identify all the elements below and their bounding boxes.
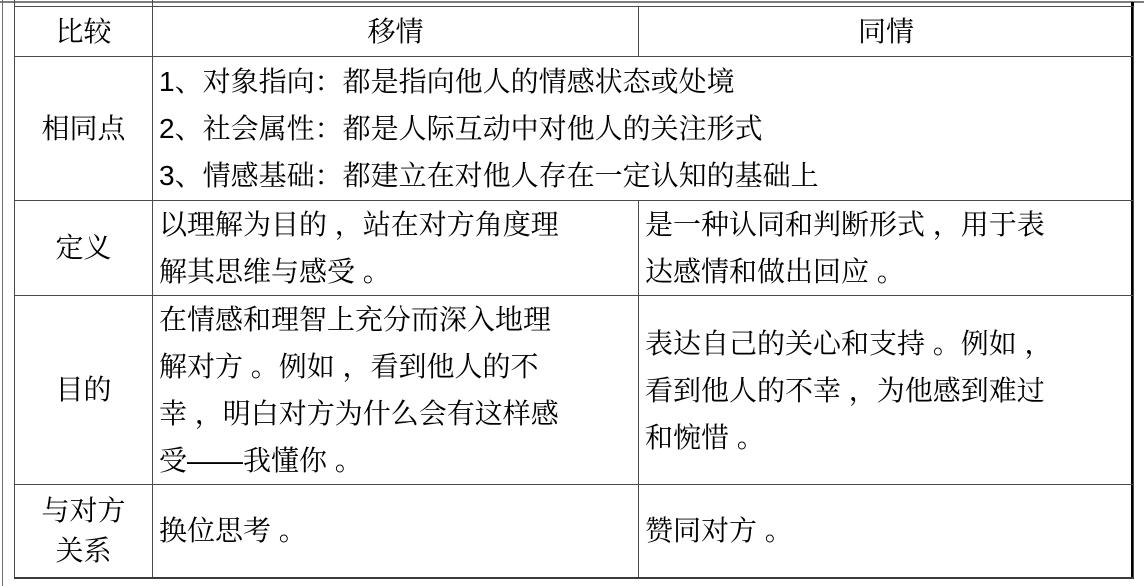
row-label-similarities: 相同点 <box>15 57 153 201</box>
cell-empathy-purpose: 在情感和理智上充分而深入地理 解对方 。例如 ，看到他人的不 幸 ，明白对方为什… <box>153 296 639 485</box>
page-left-border-line <box>2 0 3 586</box>
header-cell-compare: 比较 <box>15 7 153 57</box>
row-label-definition: 定义 <box>15 201 153 296</box>
header-cell-empathy: 移情 <box>153 7 639 57</box>
page-top-border-line <box>0 1 1144 3</box>
cell-empathy-definition: 以理解为目的 ，站在对方角度理 解其思维与感受 。 <box>153 201 639 296</box>
header-row: 比较 移情 同情 <box>15 7 1134 57</box>
row-purpose: 目的 在情感和理智上充分而深入地理 解对方 。例如 ，看到他人的不 幸 ，明白对… <box>15 296 1134 485</box>
cell-sympathy-relation: 赞同对方 。 <box>639 485 1134 578</box>
comparison-table-container: 比较 移情 同情 相同点 1、对象指向：都是指向他人的情感状态或处境 2、社会属… <box>14 6 1134 579</box>
document-page: 比较 移情 同情 相同点 1、对象指向：都是指向他人的情感状态或处境 2、社会属… <box>0 0 1144 586</box>
cell-sympathy-purpose: 表达自己的关心和支持 。例如 ， 看到他人的不幸 ，为他感到难过 和惋惜 。 <box>639 296 1134 485</box>
cell-empathy-relation: 换位思考 。 <box>153 485 639 578</box>
row-definition: 定义 以理解为目的 ，站在对方角度理 解其思维与感受 。 是一种认同和判断形式 … <box>15 201 1134 296</box>
row-label-purpose: 目的 <box>15 296 153 485</box>
cell-sympathy-definition: 是一种认同和判断形式 ，用于表 达感情和做出回应 。 <box>639 201 1134 296</box>
header-cell-sympathy: 同情 <box>639 7 1134 57</box>
cell-similarities-merged: 1、对象指向：都是指向他人的情感状态或处境 2、社会属性：都是人际互动中对他人的… <box>153 57 1134 201</box>
row-label-relation-to-other: 与对方 关系 <box>15 485 153 578</box>
row-relation-to-other: 与对方 关系 换位思考 。 赞同对方 。 <box>15 485 1134 578</box>
empathy-sympathy-comparison-table: 比较 移情 同情 相同点 1、对象指向：都是指向他人的情感状态或处境 2、社会属… <box>14 6 1134 579</box>
row-similarities: 相同点 1、对象指向：都是指向他人的情感状态或处境 2、社会属性：都是人际互动中… <box>15 57 1134 201</box>
